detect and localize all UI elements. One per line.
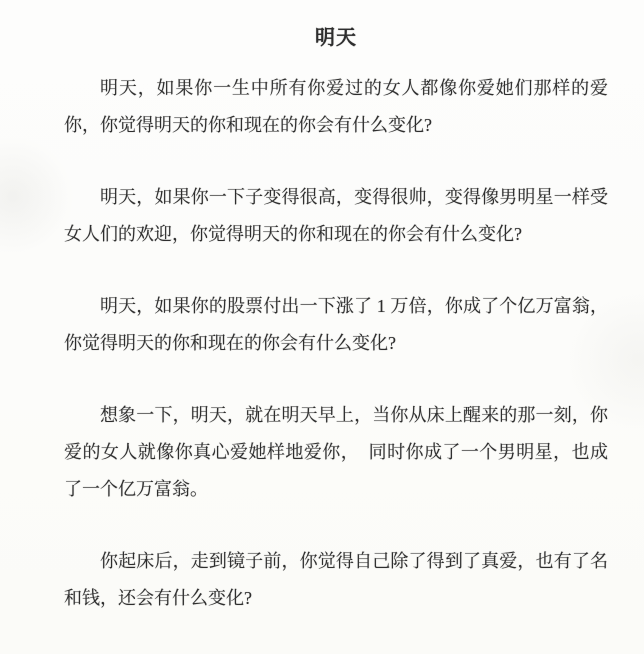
document-title: 明天 [64,22,608,54]
document-page: 明天 明天，如果你一生中所有你爱过的女人都像你爱她们那样的爱你，你觉得明天的你和… [0,0,644,654]
paragraph-5: 你起床后，走到镜子前，你觉得自己除了得到了真爱，也有了名和钱，还会有什么变化? [64,543,608,617]
paragraph-1: 明天，如果你一生中所有你爱过的女人都像你爱她们那样的爱你，你觉得明天的你和现在的… [64,70,608,144]
paragraph-3: 明天，如果你的股票付出一下涨了 1 万倍，你成了个亿万富翁，你觉得明天的你和现在… [64,288,608,362]
paragraph-4: 想象一下，明天，就在明天早上，当你从床上醒来的那一刻，你爱的女人就像你真心爱她样… [64,397,608,508]
paragraph-2: 明天，如果你一下子变得很高，变得很帅，变得像男明星一样受女人们的欢迎，你觉得明天… [64,179,608,253]
